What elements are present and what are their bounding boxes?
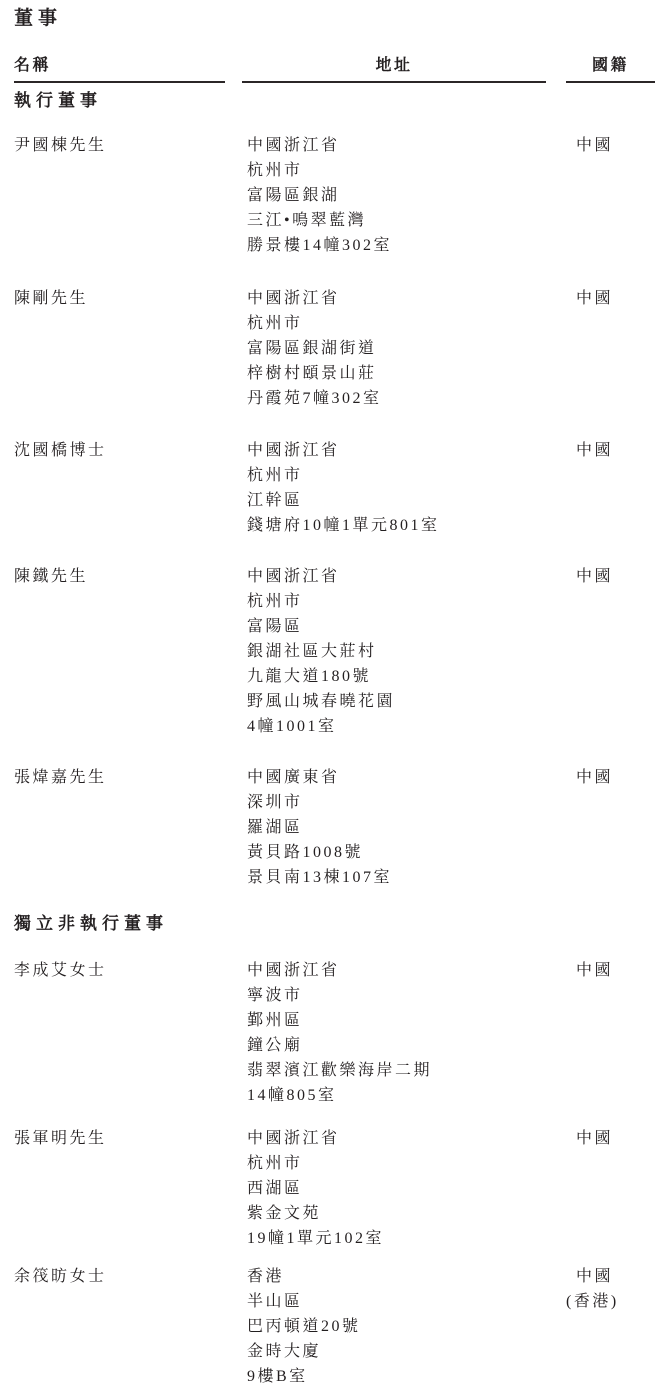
director-nationality: 中國(香港): [566, 1264, 655, 1314]
text-line: 翡翠濱江歡樂海岸二期: [242, 1058, 546, 1083]
text-line: 半山區: [242, 1289, 546, 1314]
director-nationality: 中國: [566, 438, 655, 463]
text-line: 黃貝路1008號: [242, 840, 546, 865]
text-line: 中國浙江省: [242, 1126, 546, 1151]
director-name: 李成艾女士: [14, 958, 225, 983]
table-header-row: 名稱 地址 國籍: [14, 56, 655, 83]
text-line: 梓樹村頤景山莊: [242, 361, 546, 386]
text-line: 錢塘府10幢1單元801室: [242, 513, 546, 538]
column-header-address: 地址: [242, 56, 546, 83]
text-line: 香港: [242, 1264, 546, 1289]
director-row: 張煒嘉先生 中國廣東省深圳市羅湖區黃貝路1008號景貝南13棟107室 中國: [14, 765, 655, 890]
text-line: 勝景樓14幢302室: [242, 233, 546, 258]
director-address: 中國浙江省杭州市西湖區紫金文苑19幢1單元102室: [242, 1126, 546, 1251]
text-line: 中國浙江省: [242, 958, 546, 983]
director-name: 陳鐵先生: [14, 564, 225, 589]
text-line: 巴丙頓道20號: [242, 1314, 546, 1339]
director-name: 張煒嘉先生: [14, 765, 225, 790]
director-name: 沈國橋博士: [14, 438, 225, 463]
text-line: 江幹區: [242, 488, 546, 513]
text-line: 中國: [566, 1126, 655, 1151]
text-line: 杭州市: [242, 463, 546, 488]
section-heading-executive-directors: 執行董事: [14, 89, 655, 113]
text-line: 西湖區: [242, 1176, 546, 1201]
text-line: 杭州市: [242, 158, 546, 183]
text-line: 杭州市: [242, 311, 546, 336]
text-line: 野風山城春曉花園: [242, 689, 546, 714]
text-line: 富陽區: [242, 614, 546, 639]
director-row: 陳鐵先生 中國浙江省杭州市富陽區銀湖社區大莊村九龍大道180號野風山城春曉花園4…: [14, 564, 655, 739]
text-line: 中國浙江省: [242, 438, 546, 463]
director-row: 沈國橋博士 中國浙江省杭州市江幹區錢塘府10幢1單元801室 中國: [14, 438, 655, 538]
text-line: 富陽區銀湖街道: [242, 336, 546, 361]
director-nationality: 中國: [566, 133, 655, 158]
director-address: 中國浙江省寧波市鄞州區鐘公廟翡翠濱江歡樂海岸二期14幢805室: [242, 958, 546, 1108]
text-line: 銀湖社區大莊村: [242, 639, 546, 664]
director-nationality: 中國: [566, 564, 655, 589]
director-nationality: 中國: [566, 765, 655, 790]
text-line: 4幢1001室: [242, 714, 546, 739]
text-line: 丹霞苑7幢302室: [242, 386, 546, 411]
director-row: 余筏昉女士 香港半山區巴丙頓道20號金時大廈9樓B室 中國(香港): [14, 1264, 655, 1389]
text-line: 中國浙江省: [242, 564, 546, 589]
text-line: 中國: [566, 564, 655, 589]
director-name: 尹國棟先生: [14, 133, 225, 158]
text-line: 金時大廈: [242, 1339, 546, 1364]
text-line: 14幢805室: [242, 1083, 546, 1108]
text-line: 中國浙江省: [242, 286, 546, 311]
text-line: 九龍大道180號: [242, 664, 546, 689]
text-line: 中國: [566, 765, 655, 790]
column-header-nationality: 國籍: [566, 56, 655, 83]
page-title: 董事: [14, 6, 655, 32]
director-name: 余筏昉女士: [14, 1264, 225, 1289]
text-line: 紫金文苑: [242, 1201, 546, 1226]
director-address: 香港半山區巴丙頓道20號金時大廈9樓B室: [242, 1264, 546, 1389]
text-line: 杭州市: [242, 589, 546, 614]
text-line: 中國浙江省: [242, 133, 546, 158]
text-line: 中國: [566, 286, 655, 311]
director-name: 陳剛先生: [14, 286, 225, 311]
director-name: 張軍明先生: [14, 1126, 225, 1151]
director-nationality: 中國: [566, 286, 655, 311]
text-line: 中國: [566, 1264, 655, 1289]
text-line: (香港): [566, 1289, 655, 1314]
director-address: 中國廣東省深圳市羅湖區黃貝路1008號景貝南13棟107室: [242, 765, 546, 890]
director-row: 尹國棟先生 中國浙江省杭州市富陽區銀湖三江•鳴翠藍灣勝景樓14幢302室 中國: [14, 133, 655, 258]
text-line: 鐘公廟: [242, 1033, 546, 1058]
text-line: 中國: [566, 133, 655, 158]
director-row: 張軍明先生 中國浙江省杭州市西湖區紫金文苑19幢1單元102室 中國: [14, 1126, 655, 1251]
text-line: 景貝南13棟107室: [242, 865, 546, 890]
text-line: 中國廣東省: [242, 765, 546, 790]
director-address: 中國浙江省杭州市富陽區銀湖街道梓樹村頤景山莊丹霞苑7幢302室: [242, 286, 546, 411]
director-address: 中國浙江省杭州市江幹區錢塘府10幢1單元801室: [242, 438, 546, 538]
text-line: 富陽區銀湖: [242, 183, 546, 208]
text-line: 深圳市: [242, 790, 546, 815]
document-page: 董事 名稱 地址 國籍 執行董事 尹國棟先生 中國浙江省杭州市富陽區銀湖三江•鳴…: [0, 0, 660, 1389]
text-line: 19幢1單元102室: [242, 1226, 546, 1251]
text-line: 中國: [566, 438, 655, 463]
text-line: 杭州市: [242, 1151, 546, 1176]
director-row: 陳剛先生 中國浙江省杭州市富陽區銀湖街道梓樹村頤景山莊丹霞苑7幢302室 中國: [14, 286, 655, 411]
text-line: 鄞州區: [242, 1008, 546, 1033]
director-row: 李成艾女士 中國浙江省寧波市鄞州區鐘公廟翡翠濱江歡樂海岸二期14幢805室 中國: [14, 958, 655, 1108]
text-line: 中國: [566, 958, 655, 983]
director-address: 中國浙江省杭州市富陽區銀湖社區大莊村九龍大道180號野風山城春曉花園4幢1001…: [242, 564, 546, 739]
director-nationality: 中國: [566, 958, 655, 983]
text-line: 寧波市: [242, 983, 546, 1008]
director-nationality: 中國: [566, 1126, 655, 1151]
column-header-name: 名稱: [14, 56, 225, 83]
text-line: 三江•鳴翠藍灣: [242, 208, 546, 233]
director-address: 中國浙江省杭州市富陽區銀湖三江•鳴翠藍灣勝景樓14幢302室: [242, 133, 546, 258]
text-line: 羅湖區: [242, 815, 546, 840]
text-line: 9樓B室: [242, 1364, 546, 1389]
section-heading-independent-non-executive-directors: 獨立非執行董事: [14, 912, 655, 936]
